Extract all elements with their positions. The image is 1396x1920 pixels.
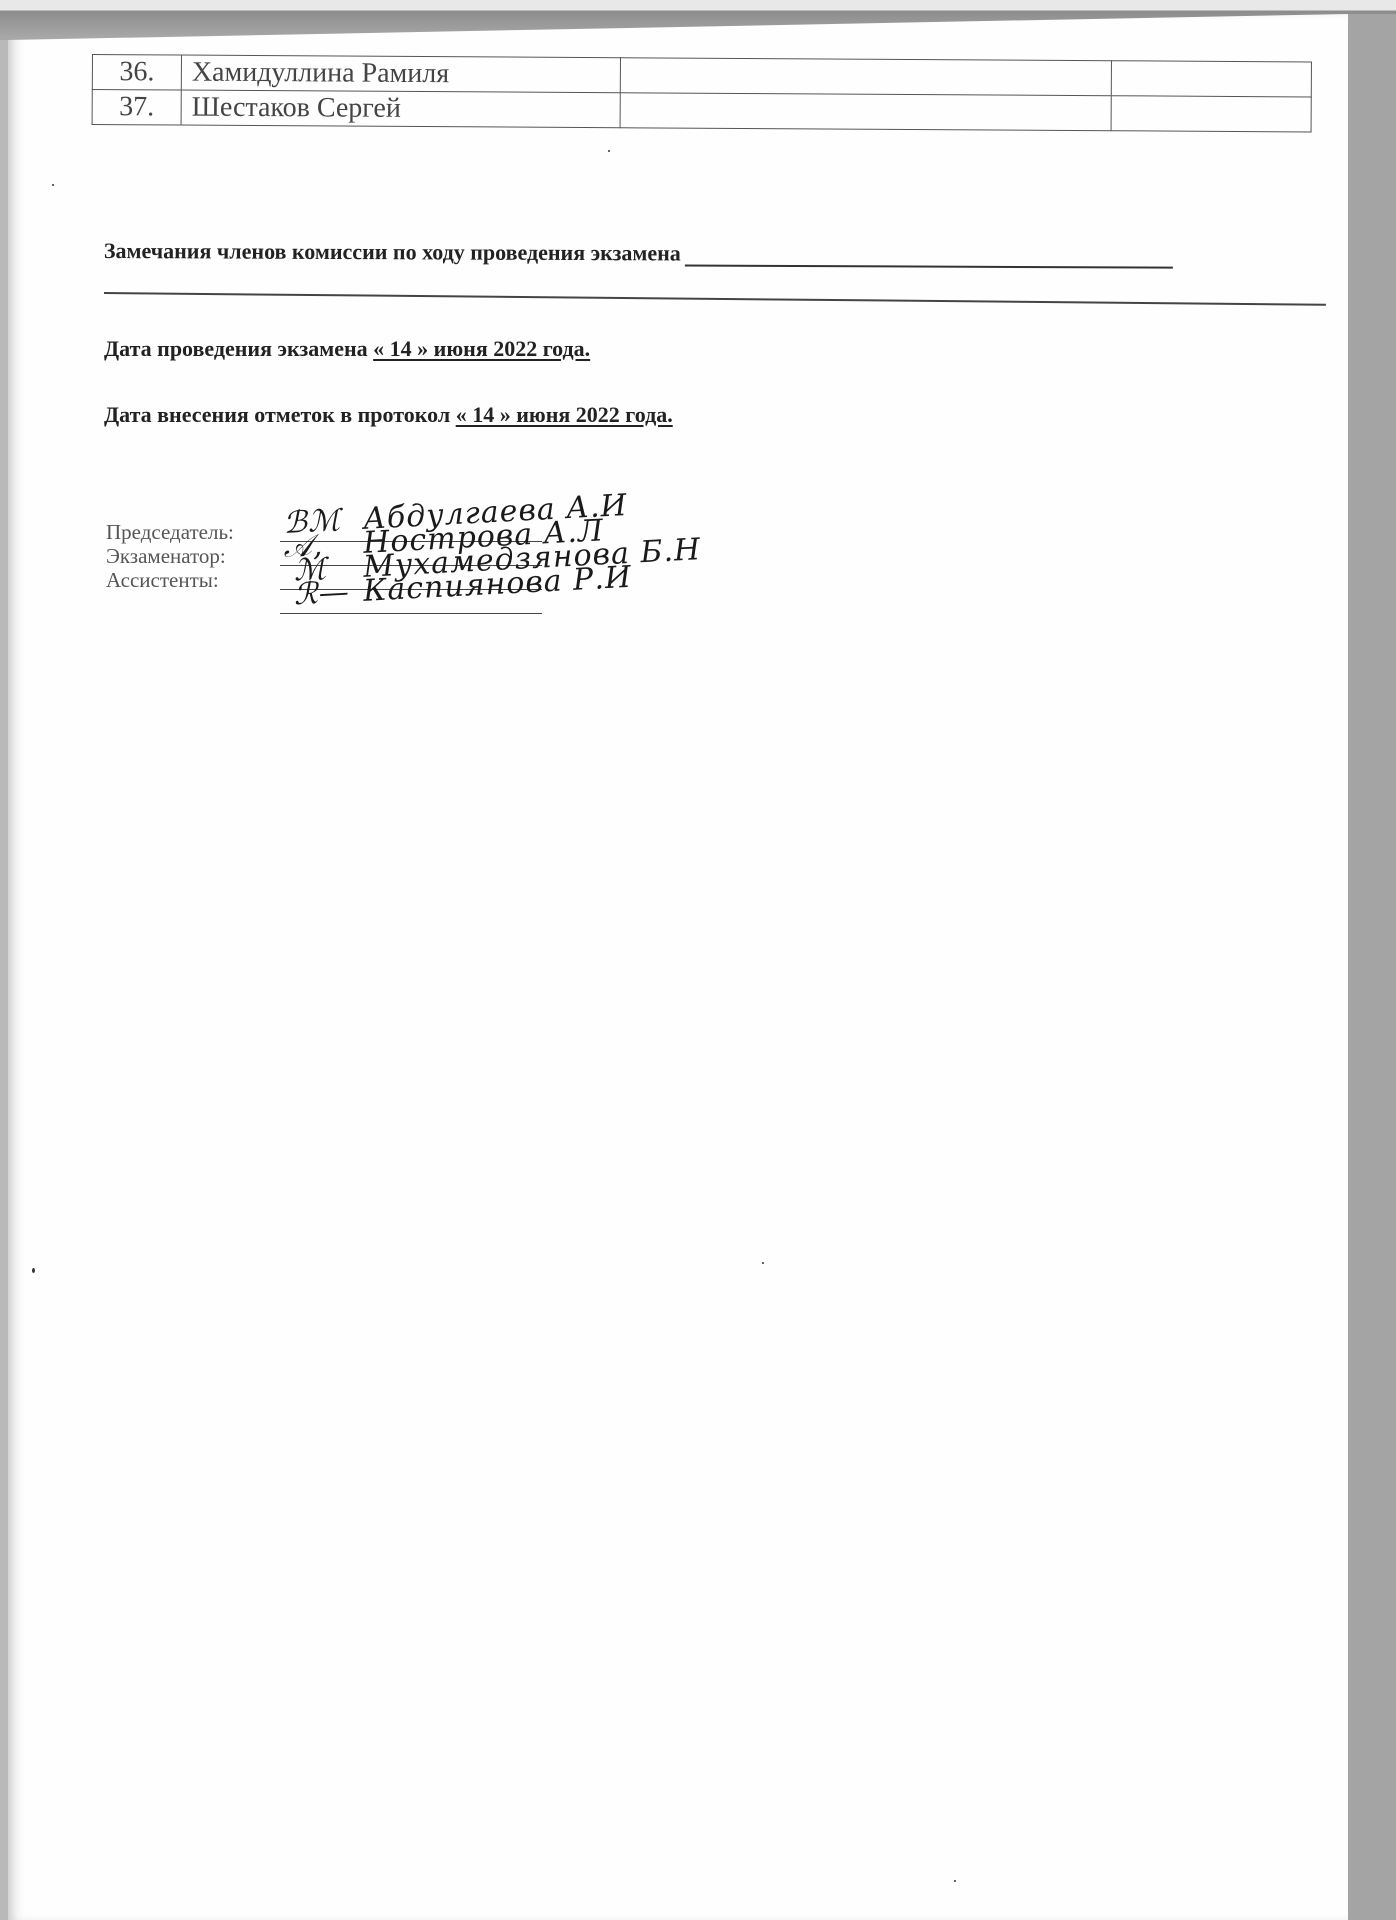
- signatures-block: Председатель: ℬℳАбдулгаева А.И Экзаменат…: [106, 520, 276, 616]
- scan-right-edge: [1348, 14, 1396, 1920]
- signature-cell: [1111, 61, 1311, 97]
- remarks-line: Замечания членов комиссии по ходу провед…: [104, 238, 1173, 269]
- role-label: Экзаменатор:: [106, 544, 276, 568]
- signature-row-chairman: Председатель: ℬℳАбдулгаева А.И: [106, 520, 276, 544]
- student-name: Шестаков Сергей: [181, 90, 620, 128]
- scan-speck: [608, 150, 610, 152]
- entry-date-value: « 14 » июня 2022 года.: [456, 402, 673, 427]
- grade-cell: [620, 93, 1111, 131]
- signature-cell: [1111, 96, 1311, 132]
- remarks-label: Замечания членов комиссии по ходу провед…: [104, 238, 681, 266]
- signature-row-examiner: Экзаменатор: 𝒜,Нострова А.Л: [106, 544, 276, 568]
- signature-row-assistant-2: ℛ—Каспиянова Р.И: [106, 592, 276, 616]
- row-number: 37.: [92, 90, 181, 126]
- entry-date-label: Дата внесения отметок в протокол: [104, 402, 450, 427]
- role-label: Председатель:: [106, 520, 276, 544]
- row-number: 36.: [92, 55, 181, 91]
- role-label: Ассистенты:: [106, 568, 276, 592]
- scan-left-edge: [0, 40, 8, 1920]
- table-row: 37. Шестаков Сергей: [92, 90, 1311, 132]
- scan-speck: [954, 1880, 956, 1882]
- signature-row-assistant-1: Ассистенты: ℳМухамедзянова Б.Н: [106, 568, 276, 592]
- grade-cell: [620, 58, 1111, 96]
- student-name: Хамидуллина Рамиля: [181, 55, 620, 93]
- scan-speck: [762, 1262, 764, 1264]
- scan-speck: [52, 184, 54, 186]
- student-roster-table: 36. Хамидуллина Рамиля 37. Шестаков Серг…: [92, 54, 1312, 132]
- remarks-blank: [685, 243, 1173, 269]
- exam-date-line: Дата проведения экзамена « 14 » июня 202…: [104, 336, 590, 362]
- entry-date-line: Дата внесения отметок в протокол « 14 » …: [104, 402, 673, 428]
- exam-date-value: « 14 » июня 2022 года.: [373, 336, 590, 361]
- signature-line: [280, 613, 542, 614]
- scan-speck: [32, 1268, 35, 1273]
- exam-date-label: Дата проведения экзамена: [104, 336, 368, 361]
- document-page: [8, 14, 1348, 1920]
